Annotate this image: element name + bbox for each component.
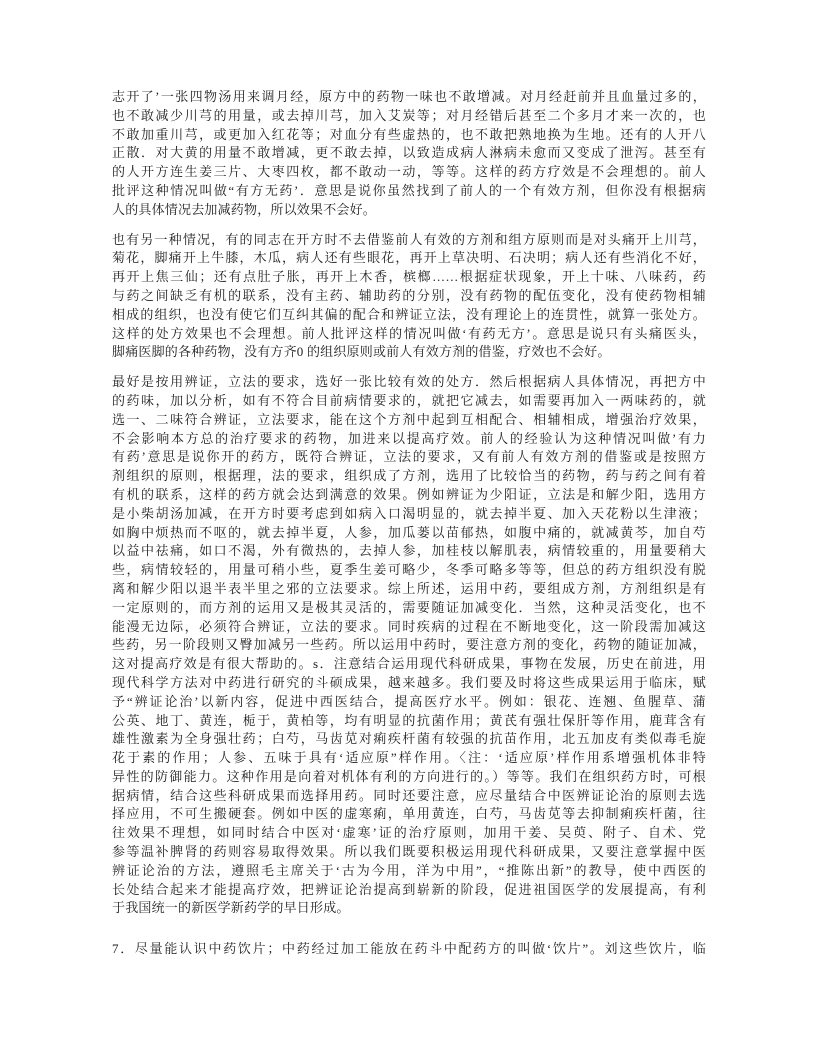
paragraph-3: 最好是按用辨证，立法的要求，选好一张比较有效的处方．然后根据病人具体情况，再把方… xyxy=(112,373,706,918)
text-line: 最好是按用辨证，立法的要求，选好一张比较有效的处方．然后根据病人具体情况，再把方… xyxy=(112,373,706,392)
paragraph-1: 志开了’一张四物汤用来调月经，原方中的药物一味也不敢增减。对月经赶前并且血量过多… xyxy=(112,88,706,220)
text-line: 予“辨证论治’以新内容，促进中西医结合，提高医疗水平。例如：银花、连翘、鱼腥草、… xyxy=(112,693,706,712)
text-line: 离和解少阳以退半表半里之邪的立法要求。综上所述，运用中药，要组成方剂，方剂组织是… xyxy=(112,580,706,599)
text-line: 不会影响本方总的治疗要求的药物，加进来以提高疗效。前人的经验认为这种情况叫做’有… xyxy=(112,430,706,449)
text-line: 与药之间缺乏有机的联系，没有主药、辅助药的分别，没有药物的配伍变化，没有使药物相… xyxy=(112,287,706,306)
text-line: 志开了’一张四物汤用来调月经，原方中的药物一味也不敢增减。对月经赶前并且血量过多… xyxy=(112,88,706,107)
text-line: 是小柴胡汤加减，在开方时要考虑到如病入口渴明显的，就去掉半夏、加入天花粉以生津液… xyxy=(112,505,706,524)
text-line: 的药味，加以分析，如有不符合目前病情要求的，就把它减去，如需要再加入一两味药的，… xyxy=(112,392,706,411)
page-text: 志开了’一张四物汤用来调月经，原方中的药物一味也不敢增减。对月经赶前并且血量过多… xyxy=(112,88,706,959)
text-line: 再开上焦三仙；还有点肚子胀，再开上木香，槟榔……根据症状现象，开上十味、八味药，… xyxy=(112,268,706,287)
text-line: 菊花，脚痛开上牛膝，木瓜，病人还有些眼花，再开上草决明、石决明；病人还有些消化不… xyxy=(112,249,706,268)
text-line: 长处结合起来才能提高疗效，把辨证论治提高到崭新的阶段，促进祖国医学的发展提高，有… xyxy=(112,881,706,900)
text-line: 能漫无边际，必须符合辨证，立法的要求。同时疾病的过程在不断地变化，这一阶段需加减… xyxy=(112,618,706,637)
text-line: 不敢加重川芎，或更加入红花等；对血分有些虚热的，也不敢把熟地换为生地。还有的人开… xyxy=(112,126,706,145)
text-line: 于我国统一的新医学新药学的早日形成。 xyxy=(112,899,706,918)
text-line: 些，病情较轻的，用量可稍小些，夏季生姜可略少，冬季可略多等等，但总的药方组织没有… xyxy=(112,561,706,580)
text-line: 的人开方连生姜三片、大枣四枚，都不敢动一动，等等。这样的药方疗效是不会理想的。前… xyxy=(112,163,706,182)
text-line: 相成的组织，也没有使它们互纠其偏的配合和辨证立法，没有理论上的连贯性，就算一张处… xyxy=(112,306,706,325)
text-line: 有机的联系，这样的药方就会达到满意的效果。例如辨证为少阳证，立法是和解少阳，选用… xyxy=(112,486,706,505)
text-line: 这样的处方效果也不会理想。前人批评这样的情况叫做‘有药无方’。意思是说只有头痛医… xyxy=(112,325,706,344)
text-line: 剂组织的原则，根据理，法的要求，组织成了方剂，选用了比较恰当的药物，药与药之间有… xyxy=(112,467,706,486)
document-page: 志开了’一张四物汤用来调月经，原方中的药物一味也不敢增减。对月经赶前并且血量过多… xyxy=(0,0,816,1056)
text-line: 有药’意思是说你开的药方，既符合辨证，立法的要求，又有前人有效方剂的借鉴或是按照… xyxy=(112,448,706,467)
text-line: 批评这种情况叫做“有方无药’．意思是说你虽然找到了前人的一个有效方剂，但你没有根… xyxy=(112,182,706,201)
text-line: 花于素的作用；人参、五味于具有‘适应原”样作用。〈注：‘适应原’样作用系增强机体… xyxy=(112,749,706,768)
text-line: 据病情，结合这些科研成果而选择用药。同时还要注意，应尽量结合中医辨证论治的原则去… xyxy=(112,787,706,806)
text-line: 以益中祛痛，如口不渴，外有微热的，去掉人参，加桂枝以解肌表，病情较重的，用量要稍… xyxy=(112,542,706,561)
text-line: 也有另一种情况，有的同志在开方时不去借鉴前人有效的方剂和组方原则而是对头痛开上川… xyxy=(112,231,706,250)
text-line: 一定原则的，而方剂的运用又是极其灵活的，需要随证加减变化．当然，这种灵活变化，也… xyxy=(112,599,706,618)
text-line: 现代科学方法对中药进行研究的斗硕成果，越来越多。我们要及时将这些成果运用于临床，… xyxy=(112,674,706,693)
text-line: 辨证论治的方法，遵照毛主席关于‘古为今用，洋为中用”，“推陈出新”的教导，使中西… xyxy=(112,862,706,881)
text-line: 公英、地丁、黄连，栀于，黄柏等，均有明显的抗菌作用；黄芪有强壮保肝等作用，鹿茸含… xyxy=(112,712,706,731)
text-line: 往效果不理想，如同时结合中医对‘虚寒’证的治疗原则，加用干姜、吴萸、附子、自术、… xyxy=(112,824,706,843)
text-line: 些药，另一阶段则又臀加减另一些药。所以运用中药时，要注意方剂的变化，药物的随证加… xyxy=(112,636,706,655)
text-line: 人的具体情况去加减药物，所以效果不会好。 xyxy=(112,201,706,220)
text-line: 正散．对大黄的用量不敢增减，更不敢去掉，以致造成病人淋病未愈而又变成了泄泻。甚至… xyxy=(112,144,706,163)
text-line: 参等温补脾肾的药则容易取得效果。所以我们既要积极运用现代科研成果，又要注意掌握中… xyxy=(112,843,706,862)
text-line: 雄性激素为全身强壮药；白芍，马齿苋对痢疾杆菌有较强的抗苗作用，北五加皮有类似毒毛… xyxy=(112,730,706,749)
text-line: 择应用，不可生搬硬套。例如中医的虚寒痢，单用黄连，白芍，马齿苋等去抑制痢疾杆菌，… xyxy=(112,805,706,824)
text-line: 选一、二味符合辨证，立法要求，能在这个方剂中起到互相配合、相辅相成，增强治疗效果… xyxy=(112,411,706,430)
text-line: 脚痛医脚的各种药物，没有方齐0 的组织原则或前人有效方剂的借鉴，疗效也不会好。 xyxy=(112,343,706,362)
paragraph-item-7: 7．尽量能认识中药饮片；中药经过加工能放在药斗中配药方的叫做‘饮片”。刘这些饮片… xyxy=(112,940,706,959)
text-line: 也不敢减少川芎的用量，或去掉川芎，加入艾炭等；对月经错后甚至二个多月才来一次的，… xyxy=(112,107,706,126)
text-line: 7．尽量能认识中药饮片；中药经过加工能放在药斗中配药方的叫做‘饮片”。刘这些饮片… xyxy=(112,940,706,959)
text-line: 如胸中烦热而不呕的，就去掉半夏，人参，加瓜蒌以苗郁热，如腹中痛的，就减黄芩，加自… xyxy=(112,524,706,543)
paragraph-2: 也有另一种情况，有的同志在开方时不去借鉴前人有效的方剂和组方原则而是对头痛开上川… xyxy=(112,231,706,363)
text-line: 异性的防御能力。这种作用是向着对机体有利的方向进行的。）等等。我们在组织药方时，… xyxy=(112,768,706,787)
text-line: 这对提高疗效是有很大帮助的。s．注意结合运用现代科研成果，事物在发展，历史在前进… xyxy=(112,655,706,674)
